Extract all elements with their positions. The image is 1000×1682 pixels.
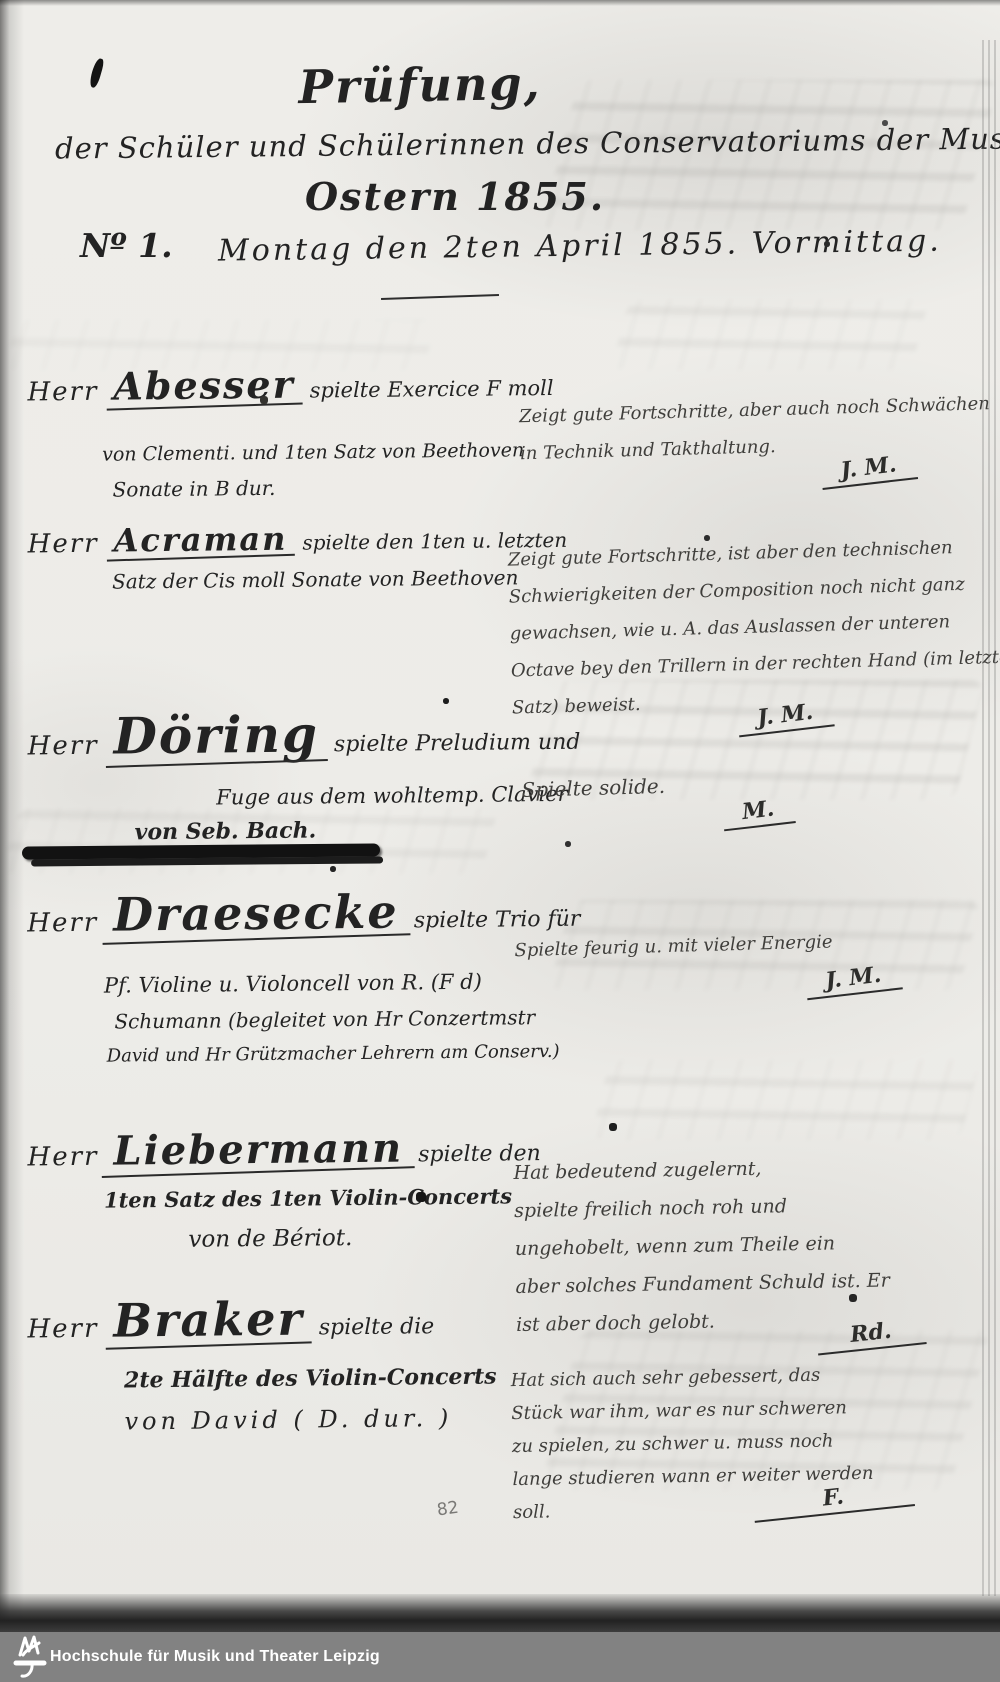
student-name: Draesecke xyxy=(113,885,399,942)
exam-entry-braker: Herr Braker spielte die 2te Hälfte des V… xyxy=(27,1290,499,1455)
scan-edge-top xyxy=(0,0,1000,6)
remark-braker: Hat sich auch sehr gebessert, das Stück … xyxy=(510,1356,983,1544)
salutation: Herr xyxy=(27,1142,98,1173)
session-number: Nº 1. xyxy=(80,226,173,265)
scanned-manuscript-page: Prüfung, der Schüler und Schülerinnen de… xyxy=(0,0,1000,1682)
document-term: Ostern 1855. xyxy=(0,174,910,219)
salutation: Herr xyxy=(27,377,98,408)
pencil-page-number: 82 xyxy=(436,1498,460,1521)
entry-head: Herr Abesser spielte Exercice F moll xyxy=(27,360,497,410)
remark-acraman: Zeigt gute Fortschritte, ist aber den te… xyxy=(507,528,982,741)
student-name: Braker xyxy=(113,1292,304,1348)
entry-head: Herr Draesecke spielte Trio für xyxy=(27,884,498,943)
piece-line: 1ten Satz des 1ten Violin-Concerts xyxy=(104,1183,512,1212)
exam-entry-draesecke: Herr Draesecke spielte Trio für Pf. Viol… xyxy=(27,884,499,1089)
exam-entry-abesser: Herr Abesser spielte Exercice F moll von… xyxy=(27,360,499,515)
entry-head: Herr Acraman spielte den 1ten u. letzten xyxy=(27,518,497,561)
student-name: Abesser xyxy=(113,362,295,409)
entry-head: Herr Döring spielte Preludium und xyxy=(27,703,498,767)
salutation: Herr xyxy=(27,908,98,939)
piece-line: Pf. Violine u. Violoncell von R. (F d) xyxy=(104,970,482,998)
page-edges-right xyxy=(982,40,996,1596)
piece-intro: spielte Trio für xyxy=(414,907,581,934)
entry-head: Herr Liebermann spielte den xyxy=(27,1124,497,1176)
exam-entry-liebermann: Herr Liebermann spielte den 1ten Satz de… xyxy=(27,1124,498,1269)
exam-entry-acraman: Herr Acraman spielte den 1ten u. letzten… xyxy=(27,518,498,623)
entry-head: Herr Braker spielte die xyxy=(27,1290,498,1349)
remark-liebermann: Hat bedeutend zugelernt, spielte freilic… xyxy=(513,1146,977,1364)
student-name: Acraman xyxy=(113,520,287,560)
student-name: Döring xyxy=(113,704,319,765)
institution-name: Hochschule für Musik und Theater Leipzig xyxy=(50,1648,380,1666)
salutation: Herr xyxy=(28,731,99,762)
piece-line: von Seb. Bach. xyxy=(134,817,316,845)
bleed-through-ghost xyxy=(611,300,928,370)
remark-draesecke: Spielte feurig u. mit vieler Energie J. … xyxy=(514,920,966,1013)
piece-line: Fuge aus dem wohltemp. Clavier xyxy=(216,782,568,810)
piece-intro: spielte die xyxy=(319,1314,435,1340)
student-name: Liebermann xyxy=(113,1125,403,1175)
hmt-leipzig-logo-icon xyxy=(13,1635,49,1679)
piece-line: Sonate in B dur. xyxy=(112,476,275,502)
piece-line: von Clementi. und 1ten Satz von Beethove… xyxy=(102,439,524,465)
remark-doering: Spielte solide. M. xyxy=(521,760,943,842)
piece-line: von David ( D. dur. ) xyxy=(124,1404,452,1435)
bleed-through-ghost xyxy=(590,1060,980,1140)
piece-intro: spielte Exercice F moll xyxy=(310,376,554,403)
salutation: Herr xyxy=(28,529,99,560)
salutation: Herr xyxy=(27,1314,98,1345)
book-bottom-edge xyxy=(0,1594,1000,1632)
piece-line: Satz der Cis moll Sonate von Beethoven xyxy=(112,565,519,593)
piece-line: David und Hr Grützmacher Lehrern am Cons… xyxy=(107,1041,560,1067)
footer-bar: Hochschule für Musik und Theater Leipzig xyxy=(0,1632,1000,1682)
examiner-signature: J. M. xyxy=(804,959,903,1000)
piece-line: 2te Hälfte des Violin-Concerts xyxy=(124,1364,497,1394)
remark-abesser: Zeigt gute Fortschritte, aber auch noch … xyxy=(519,386,972,509)
piece-line: von de Bériot. xyxy=(188,1225,352,1253)
piece-intro: spielte Preludium und xyxy=(334,730,581,758)
piece-line: Schumann (begleitet von Hr Conzertmstr xyxy=(114,1005,535,1033)
exam-entry-doering: Herr Döring spielte Preludium und Fuge a… xyxy=(27,703,498,848)
binding-edge-left xyxy=(0,0,24,1632)
